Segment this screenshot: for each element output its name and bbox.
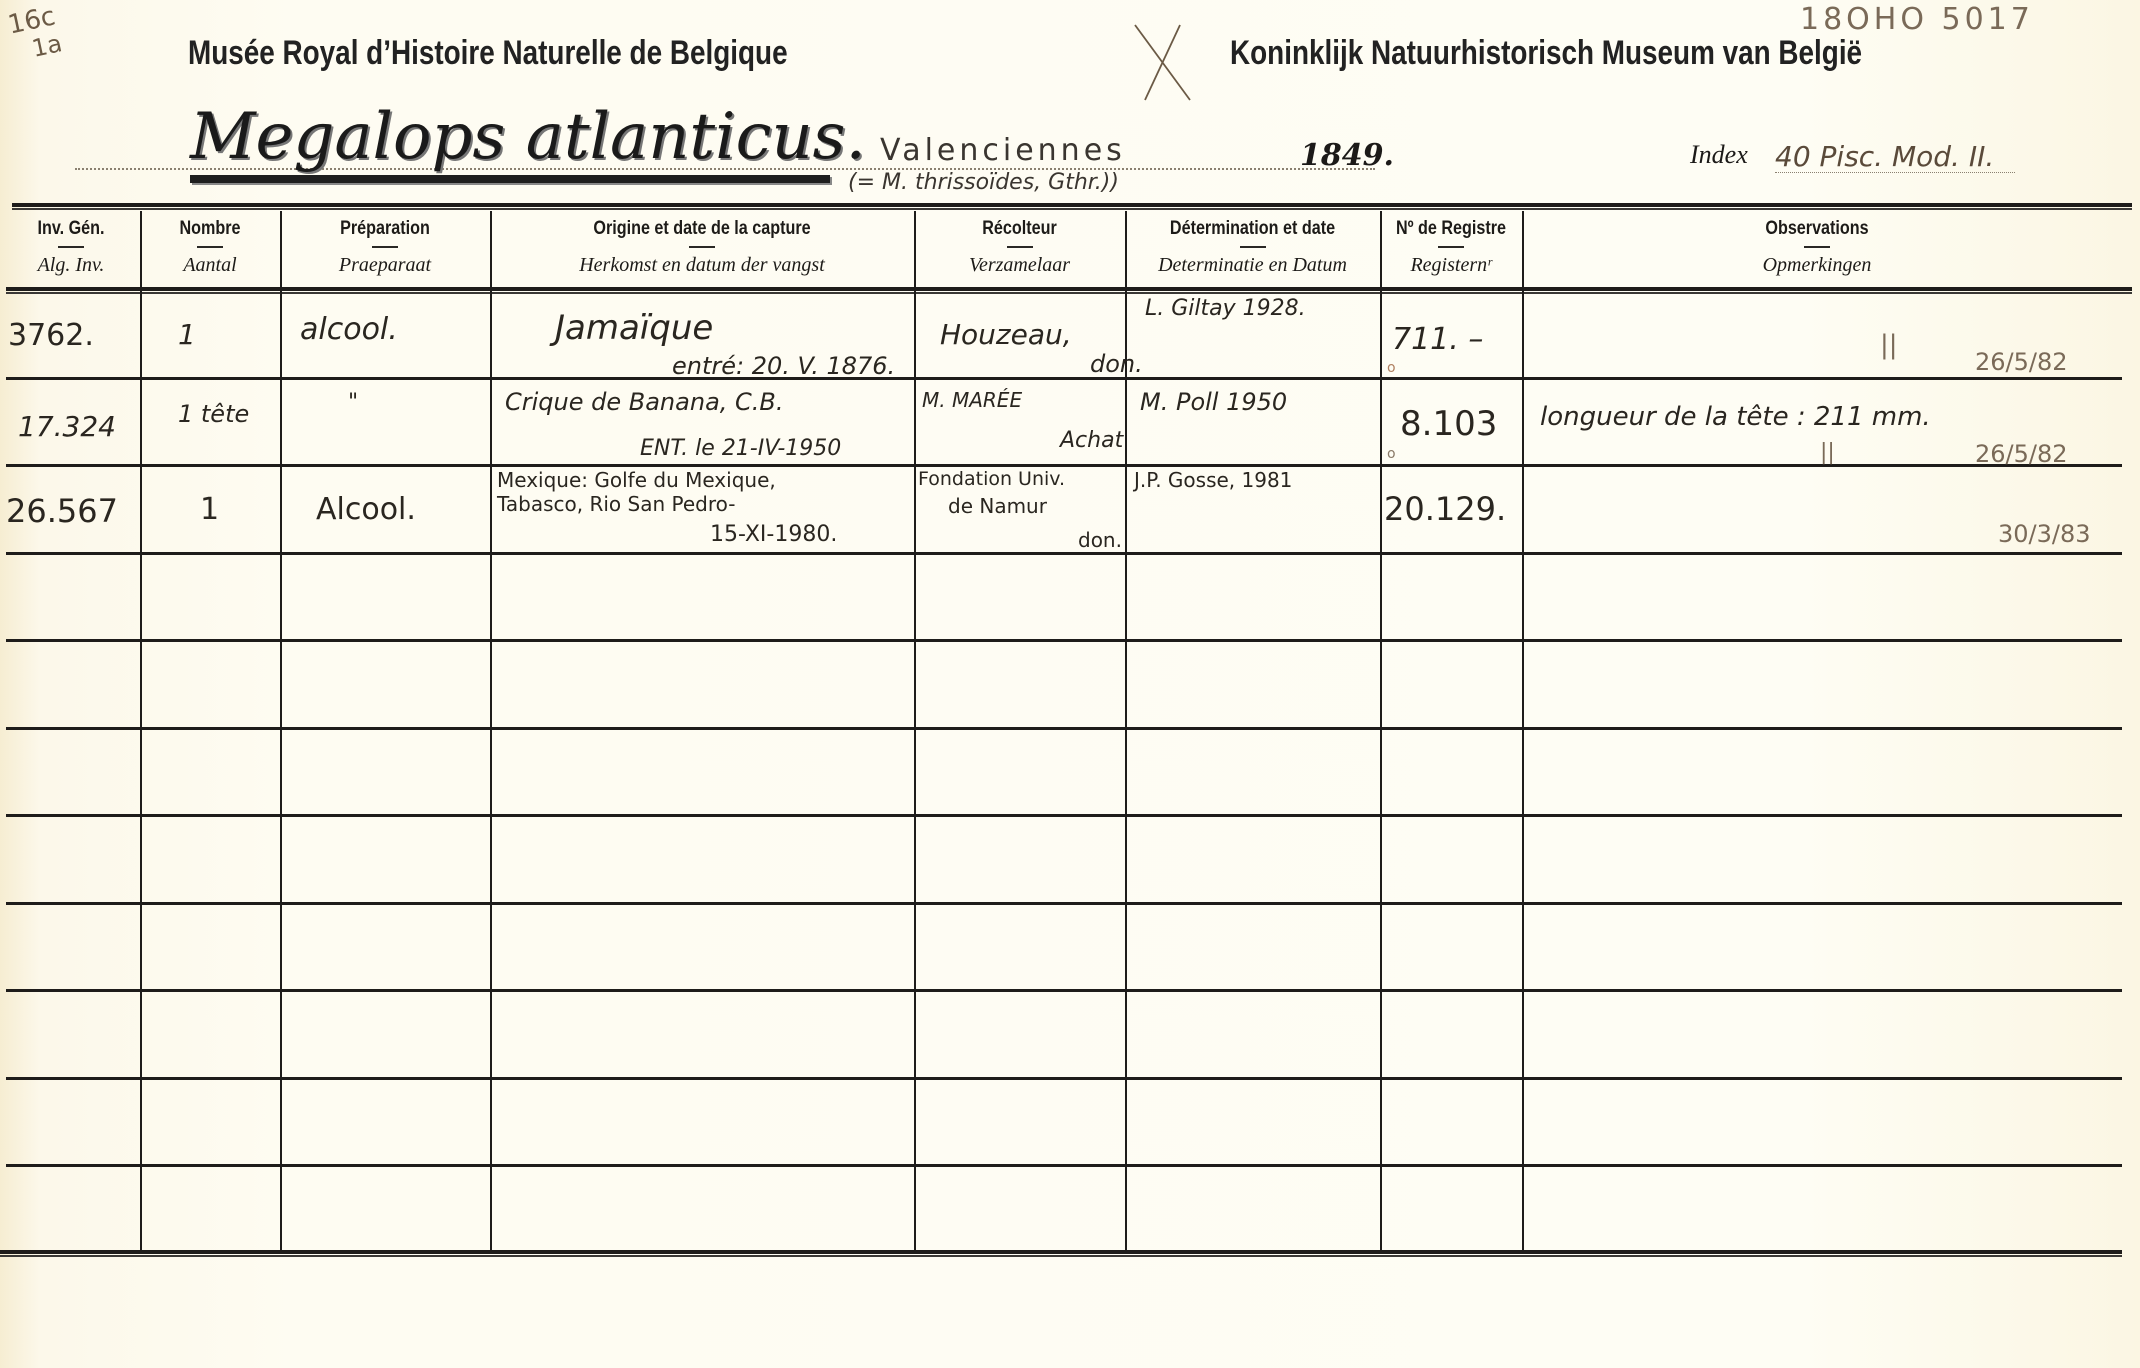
species-author: Valenciennes xyxy=(880,133,1126,168)
column-header: Détermination et dateDeterminatie en Dat… xyxy=(1125,218,1380,277)
column-header-fr: Origine et date de la capture xyxy=(522,218,882,240)
row2-registre-mark: o xyxy=(1387,446,1396,462)
row2-origine-1: Crique de Banana, C.B. xyxy=(505,388,784,416)
column-header-nl: Registernʳ xyxy=(1380,254,1522,277)
row2-preparation: " xyxy=(348,390,358,415)
column-header: Nº de RegistreRegisternʳ xyxy=(1380,218,1522,277)
row1-registre: 711. – xyxy=(1392,322,1483,357)
header-separator xyxy=(689,246,715,248)
row1-registre-mark: o xyxy=(1387,360,1396,376)
index-value: 40 Pisc. Mod. II. xyxy=(1775,140,1994,173)
institution-name-nl: Koninklijk Natuurhistorisch Museum van B… xyxy=(1230,34,1862,73)
index-dotted-line xyxy=(1775,172,2015,173)
row3-recolteur-1: Fondation Univ. xyxy=(918,468,1065,490)
row3-preparation: Alcool. xyxy=(316,492,416,527)
column-divider xyxy=(490,211,492,1250)
row2-registre: 8.103 xyxy=(1400,404,1497,444)
row2-nombre: 1 tête xyxy=(178,400,249,428)
column-header-nl: Alg. Inv. xyxy=(2,254,140,277)
row-rule xyxy=(6,377,2122,380)
row2-recolteur-2: Achat xyxy=(1060,428,1123,453)
row3-registre: 20.129. xyxy=(1384,490,1506,528)
row-rule xyxy=(6,639,2122,642)
header-separator xyxy=(1007,246,1033,248)
row3-nombre: 1 xyxy=(200,492,219,527)
row-rule xyxy=(6,552,2122,555)
species-synonym: (= M. thrissoïdes, Gthr.)) xyxy=(848,170,1119,195)
header-separator xyxy=(197,246,223,248)
cross-mark-icon xyxy=(1125,20,1205,105)
column-header-fr: Récolteur xyxy=(930,218,1109,240)
row3-recolteur-3: don. xyxy=(1078,528,1122,552)
column-header-fr: Préparation xyxy=(296,218,475,240)
row1-origine-1: Jamaïque xyxy=(555,308,713,348)
column-header-fr: Observations xyxy=(1566,218,2068,240)
column-divider xyxy=(1380,211,1382,1250)
column-header: NombreAantal xyxy=(140,218,280,277)
row3-origine-3: 15-XI-1980. xyxy=(710,522,837,547)
row-rule xyxy=(6,1077,2122,1080)
column-header: ObservationsOpmerkingen xyxy=(1522,218,2112,277)
institution-name-fr: Musée Royal d’Histoire Naturelle de Belg… xyxy=(188,34,788,73)
column-divider xyxy=(140,211,142,1250)
species-year: 1849. xyxy=(1300,138,1394,173)
header-separator xyxy=(1240,246,1266,248)
column-header-fr: Nº de Registre xyxy=(1391,218,1512,240)
column-header-fr: Nombre xyxy=(151,218,270,240)
row3-check-date: 30/3/83 xyxy=(1998,520,2091,548)
header-separator xyxy=(1804,246,1830,248)
column-divider xyxy=(1522,211,1524,1250)
row3-origine-2: Tabasco, Rio San Pedro- xyxy=(497,492,735,516)
row3-recolteur-2: de Namur xyxy=(948,494,1047,518)
row1-recolteur-1: Houzeau, xyxy=(940,318,1072,351)
row1-recolteur-2: don. xyxy=(1090,350,1143,378)
row2-check-date: 26/5/82 xyxy=(1975,440,2068,468)
row1-origine-2: entré: 20. V. 1876. xyxy=(672,352,895,380)
header-separator xyxy=(1438,246,1464,248)
row-rule xyxy=(6,989,2122,992)
column-header-nl: Opmerkingen xyxy=(1522,254,2112,277)
row3-inv: 26.567 xyxy=(6,492,118,530)
column-divider xyxy=(914,211,916,1250)
column-header: Origine et date de la captureHerkomst en… xyxy=(490,218,914,277)
row2-recolteur-1: M. MARÉE xyxy=(922,388,1022,412)
row2-inv: 17.324 xyxy=(18,410,116,443)
header-bottom-rule xyxy=(6,287,2132,294)
row-rule xyxy=(6,814,2122,817)
row-rule xyxy=(6,902,2122,905)
catalog-card: 16c 1a 18OHO 5017 Musée Royal d’Histoire… xyxy=(0,0,2140,1368)
column-header: RécolteurVerzamelaar xyxy=(914,218,1125,277)
row1-check-date: 26/5/82 xyxy=(1975,348,2068,376)
corner-note-2: 1a xyxy=(29,29,64,63)
column-header-fr: Détermination et date xyxy=(1144,218,1361,240)
row2-observations: longueur de la tête : 211 mm. xyxy=(1540,402,1931,432)
row-rule xyxy=(6,1164,2122,1167)
row1-determination: L. Giltay 1928. xyxy=(1145,296,1306,321)
row1-check-mark: || xyxy=(1880,330,1898,360)
row2-origine-2: ENT. le 21-IV-1950 xyxy=(640,436,841,461)
species-underline xyxy=(190,175,830,183)
column-header-nl: Herkomst en datum der vangst xyxy=(490,254,914,277)
row1-inv: 3762. xyxy=(8,318,94,353)
column-header-fr: Inv. Gén. xyxy=(12,218,129,240)
row1-preparation: alcool. xyxy=(300,312,398,347)
row3-determination: J.P. Gosse, 1981 xyxy=(1134,468,1292,492)
column-divider xyxy=(280,211,282,1250)
row1-nombre: 1 xyxy=(178,318,196,351)
row-rule xyxy=(6,464,2122,467)
catalog-number: 18OHO 5017 xyxy=(1800,2,2034,37)
header-separator xyxy=(58,246,84,248)
row-rule xyxy=(6,727,2122,730)
header-top-rule xyxy=(12,203,2132,210)
column-header-nl: Verzamelaar xyxy=(914,254,1125,277)
header-separator xyxy=(372,246,398,248)
species-name: Megalops atlanticus. xyxy=(190,100,866,174)
column-header-nl: Determinatie en Datum xyxy=(1125,254,1380,277)
column-header: PréparationPraeparaat xyxy=(280,218,490,277)
row2-determination: M. Poll 1950 xyxy=(1140,388,1287,416)
column-header-nl: Aantal xyxy=(140,254,280,277)
column-header-nl: Praeparaat xyxy=(280,254,490,277)
table-bottom-rule xyxy=(0,1250,2122,1257)
row3-origine-1: Mexique: Golfe du Mexique, xyxy=(497,468,776,492)
row2-check-mark: || xyxy=(1820,440,1835,465)
column-header: Inv. Gén.Alg. Inv. xyxy=(2,218,140,277)
index-label: Index xyxy=(1690,140,1748,170)
